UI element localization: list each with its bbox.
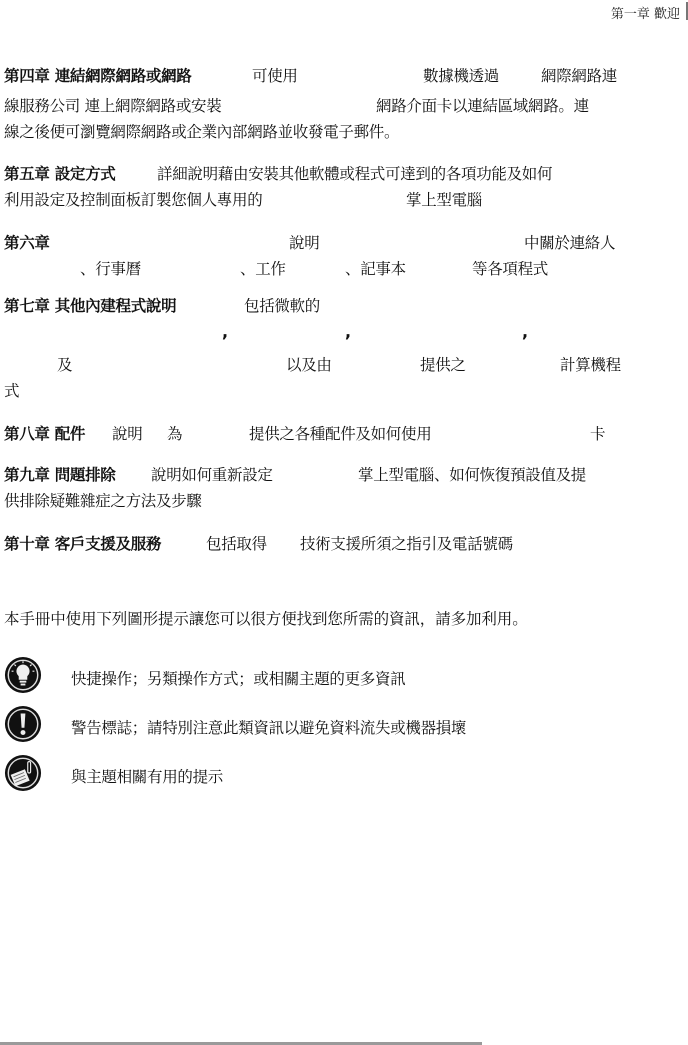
chapter-10-text: 包括取得 (206, 534, 267, 554)
legend-text: 與主題相關有用的提示 (71, 767, 223, 787)
chapter-7-text: 包括微軟的 (244, 296, 320, 316)
chapter-4-text: 數據機透過 (423, 66, 499, 86)
chapter-4-title: 第四章 連結網際網路或網路 (4, 66, 192, 86)
chapter-10-text: 技術支援所須之指引及電話號碼 (300, 534, 513, 554)
chapter-7-comma: , (345, 322, 351, 342)
chapter-9-text: 供排除疑難雜症之方法及步驟 (4, 491, 202, 511)
chapter-5-text: 利用設定及控制面板訂製您個人專用的 (4, 190, 262, 210)
warning-exclamation-icon (4, 705, 42, 743)
chapter-6-title: 第六章 (4, 233, 50, 253)
chapter-5-text: 掌上型電腦 (406, 190, 482, 210)
chapter-8-text: 提供之各種配件及如何使用 (249, 424, 431, 444)
chapter-5-text: 詳細說明藉由安裝其他軟體或程式可達到的各項功能及如何 (157, 164, 552, 184)
chapter-7-comma: , (222, 322, 228, 342)
lightbulb-icon (4, 656, 42, 694)
chapter-7-text: 以及由 (286, 355, 332, 375)
chapter-7-text: 提供之 (420, 355, 466, 375)
chapter-8-title: 第八章 配件 (4, 424, 85, 444)
chapter-9-text: 掌上型電腦、如何恢復預設值及提 (358, 465, 586, 485)
chapter-7-text: 計算機程 (560, 355, 621, 375)
chapter-7-comma: , (522, 322, 528, 342)
chapter-7-title: 第七章 其他內建程式說明 (4, 296, 176, 316)
chapter-7-text: 式 (4, 381, 19, 401)
chapter-4-text: 線之後便可瀏覽網際網路或企業內部網路並收發電子郵件。 (4, 122, 399, 142)
chapter-9-text: 說明如何重新設定 (151, 465, 273, 485)
chapter-5-title: 第五章 設定方式 (4, 164, 116, 184)
note-tip-icon (4, 754, 42, 792)
chapter-4-text: 可使用 (252, 66, 298, 86)
chapter-7-text: 及 (57, 355, 72, 375)
chapter-6-text: 、工作 (240, 259, 286, 279)
chapter-8-text: 說明 (112, 424, 142, 444)
legend-text: 快捷操作；另類操作方式；或相關主題的更多資訊 (71, 669, 405, 689)
conventions-intro: 本手冊中使用下列圖形提示讓您可以很方便找到您所需的資訊，請多加利用。 (4, 609, 528, 629)
chapter-6-text: 、行事曆 (80, 259, 141, 279)
chapter-8-text: 卡 (590, 424, 605, 444)
legend-text: 警告標誌；請特別注意此類資訊以避免資料流失或機器損壞 (71, 718, 466, 738)
chapter-4-text: 網路介面卡以連結區域網路。連 (376, 96, 589, 116)
chapter-6-text: 等各項程式 (472, 259, 548, 279)
chapter-6-text: 說明 (289, 233, 319, 253)
chapter-6-text: 、記事本 (345, 259, 406, 279)
chapter-10-title: 第十章 客戶支援及服務 (4, 534, 161, 554)
chapter-6-text: 中關於連絡人 (524, 233, 615, 253)
chapter-4-text: 網際網路連 (541, 66, 617, 86)
chapter-9-title: 第九章 問題排除 (4, 465, 116, 485)
chapter-4-text: 線服務公司 連上網際網路或安裝 (4, 96, 221, 116)
running-header: 第一章 歡迎 (611, 3, 680, 22)
chapter-8-text: 為 (167, 424, 182, 444)
